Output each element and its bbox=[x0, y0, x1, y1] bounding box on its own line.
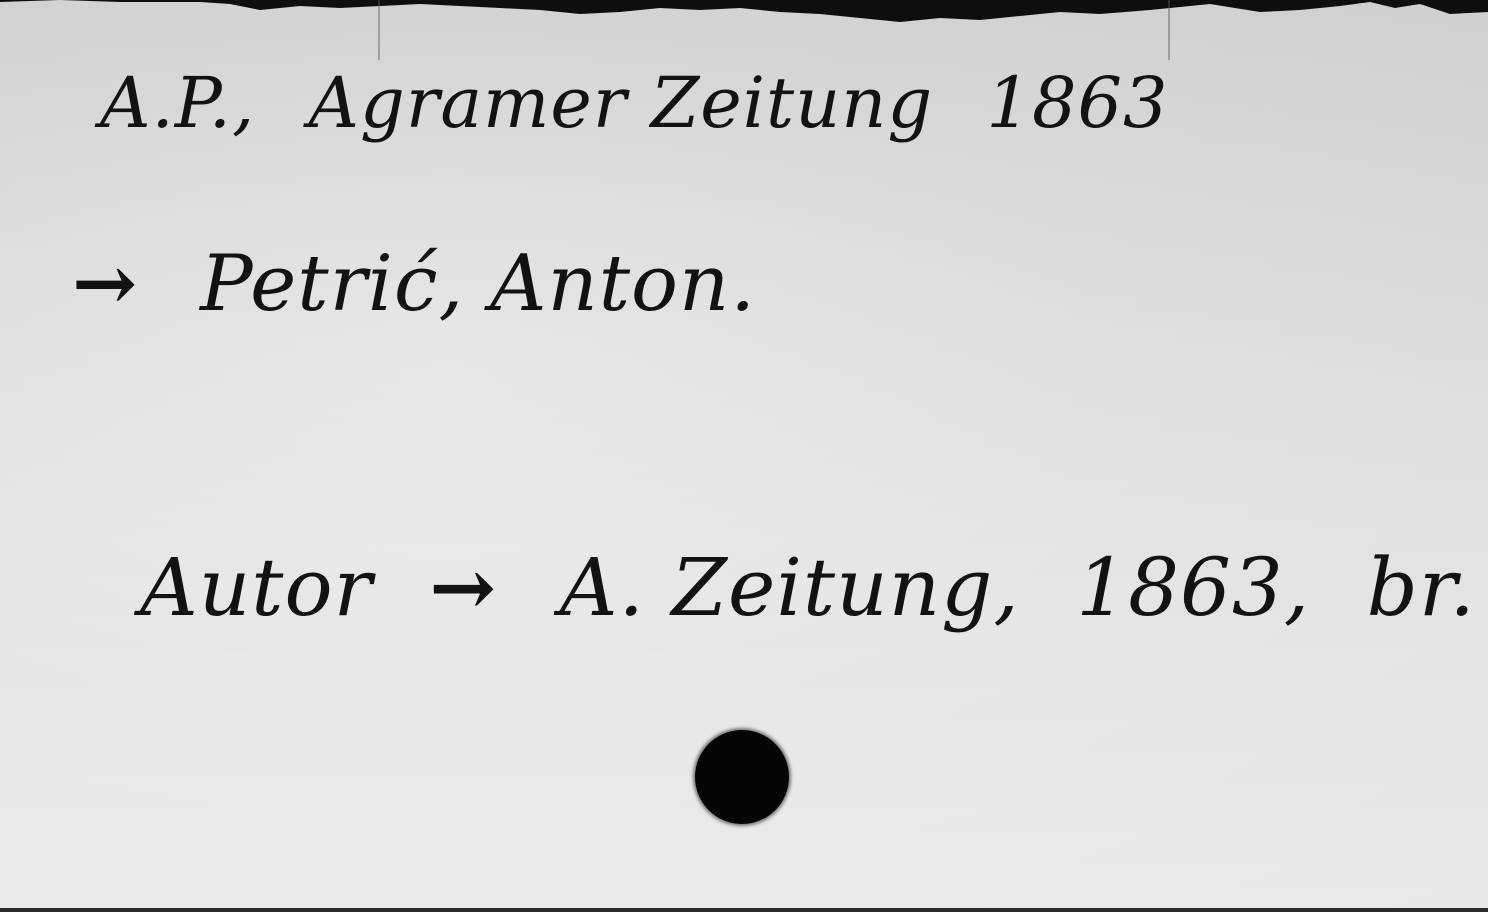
punch-hole bbox=[695, 730, 789, 824]
year: 1863 bbox=[986, 62, 1168, 144]
author-name: Petrić, Anton. bbox=[200, 239, 756, 329]
abbreviation: A.P., bbox=[100, 62, 255, 144]
source-line: Autor → A. Zeitung, 1863, br. 98 bbox=[140, 540, 1488, 634]
source-title: A. Zeitung, bbox=[560, 541, 1020, 634]
author-label: Autor bbox=[140, 541, 373, 634]
source-year: 1863, bbox=[1076, 541, 1310, 634]
see-reference-line: → Petrić, Anton. bbox=[72, 238, 786, 329]
arrow-right-icon: → bbox=[429, 540, 497, 634]
torn-top-edge bbox=[0, 0, 1488, 40]
issue-number: br. 98 bbox=[1367, 541, 1488, 634]
heading-line: A.P., Agramer Zeitung 1863 bbox=[100, 62, 1199, 144]
paper-crease bbox=[1168, 0, 1170, 60]
catalog-card: A.P., Agramer Zeitung 1863 → Petrić, Ant… bbox=[0, 0, 1488, 912]
bottom-edge bbox=[0, 908, 1488, 912]
paper-crease bbox=[378, 0, 380, 60]
newspaper-title: Agramer Zeitung bbox=[309, 62, 934, 144]
arrow-right-icon: → bbox=[72, 238, 138, 329]
